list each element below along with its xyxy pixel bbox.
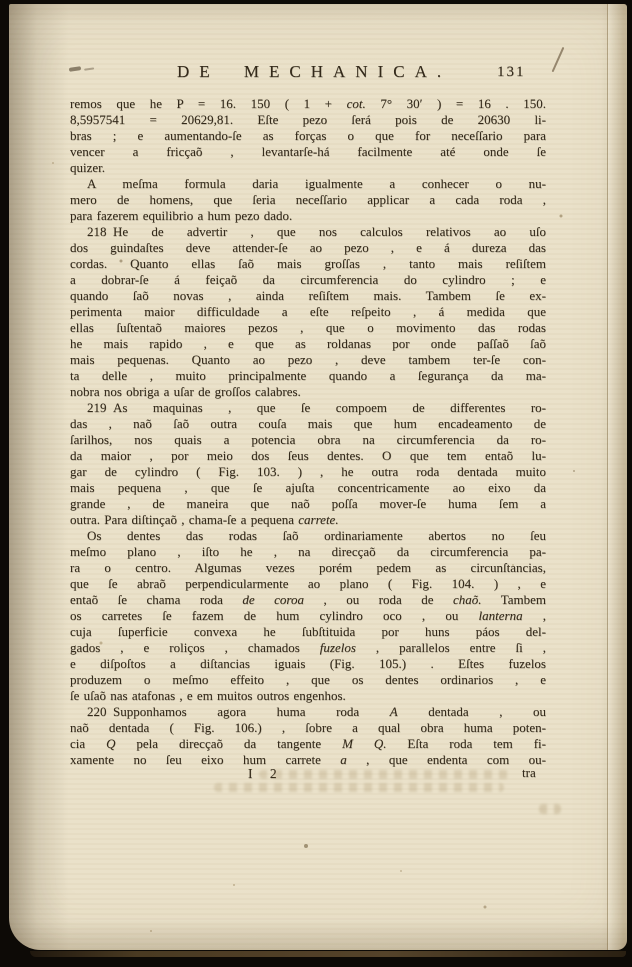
text-line: quizer.	[70, 160, 546, 176]
text-line: da maior , por meio dos ſeus dentes. O q…	[70, 448, 546, 464]
text-line: ſe uſaõ nas atafonas , e em muitos outro…	[70, 688, 546, 704]
text-line: e diſpoſtos a diſtancias iguais (Fig. 10…	[70, 656, 546, 672]
text-line: he mais rapido , e que as roldanas por o…	[70, 336, 546, 352]
text-line: ra o centro. Algumas vezes porém pedem a…	[70, 560, 546, 576]
text-line: Os dentes das rodas ſaõ ordinariamente a…	[70, 528, 546, 544]
text-line: que ſe abraõ perpendicularmente ao plano…	[70, 576, 546, 592]
page-number: 131	[497, 64, 526, 81]
text-line: remos que he P = 16. 150 ( 1 + cot. 7° 3…	[70, 96, 546, 112]
text-line: mero de homens, que ſeria neceſſario app…	[70, 192, 546, 208]
text-line: cuja ſuperficie convexa he ſubſtituida p…	[70, 624, 546, 640]
show-through-line	[214, 783, 504, 792]
text-line: cia Q pela direcçaõ da tangente M Q. Eſt…	[70, 736, 546, 752]
text-line: naõ dentada ( Fig. 106.) , ſobre a qual …	[70, 720, 546, 736]
text-line: 219 As maquinas , que ſe compoem de diff…	[70, 400, 546, 416]
text-line: quando ſaõ novas , ainda reſiſtem mais. …	[70, 288, 546, 304]
text-line: 218 He de advertir , que nos calculos re…	[70, 224, 546, 240]
page-stack-edge	[30, 951, 626, 957]
text-line: 220 Supponhamos agora huma roda A dentad…	[70, 704, 546, 720]
text-line: a dobrar-ſe á feiçaõ da circumferencia d…	[70, 272, 546, 288]
show-through-line	[539, 804, 561, 814]
book-photo: DE MECHANICA. 131 remos que he P = 16. 1…	[0, 0, 632, 967]
text-line: os carretes ſe fazem de hum cylindro oco…	[70, 608, 546, 624]
book-page: DE MECHANICA. 131 remos que he P = 16. 1…	[9, 4, 627, 950]
text-line: produzem o meſmo effeito , que os dentes…	[70, 672, 546, 688]
text-line: vencer a fricçaõ , levantarſe-há facilme…	[70, 144, 546, 160]
text-line: entaõ ſe chama roda de coroa , ou roda d…	[70, 592, 546, 608]
text-line: dos guindaſtes deve attender-ſe ao pezo …	[70, 240, 546, 256]
text-line: xamente no ſeu eixo hum carrete a , que …	[70, 752, 546, 768]
text-line: das , naõ ſaõ outra couſa mais que hum e…	[70, 416, 546, 432]
text-line: ſarilhos, nos quais a potencia obra na c…	[70, 432, 546, 448]
text-line: ellas ſuſtentaõ maiores pezos , que o mo…	[70, 320, 546, 336]
text-line: mais pequena , que ſe ajuſta concentrica…	[70, 480, 546, 496]
stray-pen-mark	[552, 47, 564, 72]
catchword: tra	[522, 765, 536, 781]
text-line: gar de cylindro ( Fig. 103. ) , he outra…	[70, 464, 546, 480]
ink-smudge	[69, 66, 81, 72]
show-through-line	[259, 770, 509, 779]
text-line: outra. Para diſtinçaõ , chama-ſe a peque…	[70, 512, 546, 528]
fore-edge	[607, 4, 627, 950]
paper-specks	[9, 4, 11, 6]
page-text: remos que he P = 16. 150 ( 1 + cot. 7° 3…	[70, 96, 546, 768]
text-line: ta delle , muito principalmente quando a…	[70, 368, 546, 384]
text-line: bras ; e aumentando-ſe as forças o que f…	[70, 128, 546, 144]
text-line: gados , e roliços , chamados fuzelos , p…	[70, 640, 546, 656]
text-line: 8,5957541 = 20629,81. Eſte pezo ſerá poi…	[70, 112, 546, 128]
text-line: A meſma formula daria igualmente a conhe…	[70, 176, 546, 192]
text-line: grande , de maneira que naõ poſſa mover-…	[70, 496, 546, 512]
text-line: para fazerem equilibrio a hum pezo dado.	[70, 208, 546, 224]
running-header: DE MECHANICA.	[177, 62, 451, 82]
text-line: mais pequenas. Quanto ao pezo , deve tam…	[70, 352, 546, 368]
text-line: nobra nos obriga a uſar de groſſos calab…	[70, 384, 546, 400]
text-line: perimenta maior difficuldade a eſte reſp…	[70, 304, 546, 320]
text-line: meſmo plano , iſto he , na direcçaõ da c…	[70, 544, 546, 560]
text-line: cordas. Quanto ellas ſaõ mais groſſas , …	[70, 256, 546, 272]
